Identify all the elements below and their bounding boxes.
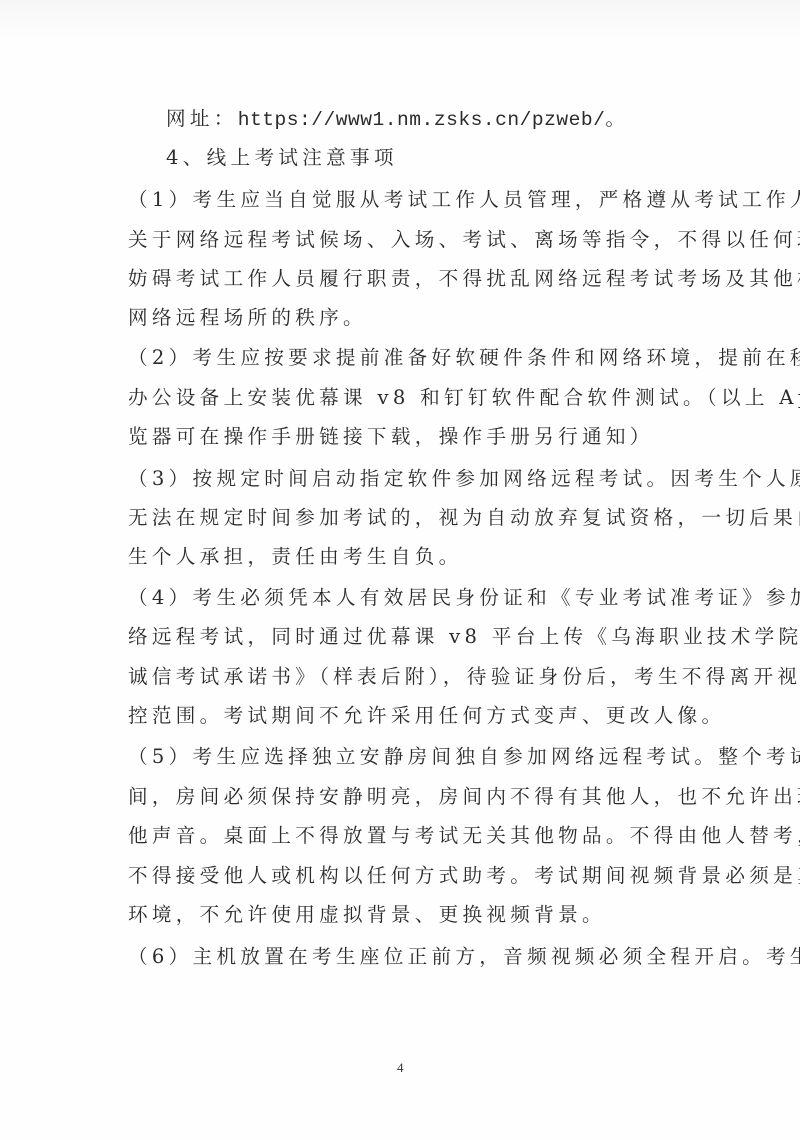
- url-label: 网址：: [166, 107, 238, 130]
- url-link[interactable]: https://www1.nm.zsks.cn/pzweb/。: [238, 109, 626, 131]
- paragraph-5-line-3: 他声音。桌面上不得放置与考试无关其他物品。不得由他人替考，也: [128, 823, 718, 849]
- document-page: 网址：https://www1.nm.zsks.cn/pzweb/。 4、线上考…: [0, 0, 800, 1140]
- paragraph-5-line-5: 环境，不允许使用虚拟背景、更换视频背景。: [128, 902, 718, 928]
- paragraph-2-line-1: （2）考生应按要求提前准备好软硬件条件和网络环境，提前在移动: [128, 345, 718, 371]
- paragraph-5-line-1: （5）考生应选择独立安静房间独自参加网络远程考试。整个考试期: [128, 744, 718, 770]
- paragraph-1-line-4: 网络远程场所的秩序。: [128, 305, 718, 331]
- paragraph-1-line-1: （1）考生应当自觉服从考试工作人员管理，严格遵从考试工作人员: [128, 187, 718, 213]
- paragraph-4-line-2: 络远程考试，同时通过优幕课 v8 平台上传《乌海职业技术学院考生: [128, 624, 718, 650]
- url-line: 网址：https://www1.nm.zsks.cn/pzweb/。: [166, 106, 756, 133]
- paragraph-2-line-3: 览器可在操作手册链接下载，操作手册另行通知）: [128, 424, 718, 450]
- paragraph-5-line-2: 间，房间必须保持安静明亮，房间内不得有其他人，也不允许出现其: [128, 784, 718, 810]
- paragraph-5-line-4: 不得接受他人或机构以任何方式助考。考试期间视频背景必须是真实: [128, 863, 718, 889]
- paragraph-3-line-1: （3）按规定时间启动指定软件参加网络远程考试。因考生个人原因: [128, 466, 718, 492]
- paragraph-3-line-3: 生个人承担，责任由考生自负。: [128, 544, 718, 570]
- paragraph-6-line-1: （6）主机放置在考生座位正前方，音频视频必须全程开启。考生全: [128, 944, 718, 970]
- paragraph-4-line-1: （4）考生必须凭本人有效居民身份证和《专业考试准考证》参加网: [128, 585, 718, 611]
- section-heading: 4、线上考试注意事项: [166, 145, 756, 171]
- paragraph-4-line-4: 控范围。考试期间不允许采用任何方式变声、更改人像。: [128, 703, 718, 729]
- paragraph-2-line-2: 办公设备上安装优幕课 v8 和钉钉软件配合软件测试。（以上 App、浏: [128, 385, 718, 411]
- page-number: 4: [397, 1060, 404, 1076]
- paragraph-4-line-3: 诚信考试承诺书》（样表后附），待验证身份后，考生不得离开视频监: [128, 664, 718, 690]
- paragraph-1-line-3: 妨碍考试工作人员履行职责，不得扰乱网络远程考试考场及其他相关: [128, 266, 718, 292]
- paragraph-3-line-2: 无法在规定时间参加考试的，视为自动放弃复试资格，一切后果由考: [128, 505, 718, 531]
- scan-shadow: [0, 0, 800, 40]
- paragraph-1-line-2: 关于网络远程考试候场、入场、考试、离场等指令，不得以任何理由: [128, 227, 718, 253]
